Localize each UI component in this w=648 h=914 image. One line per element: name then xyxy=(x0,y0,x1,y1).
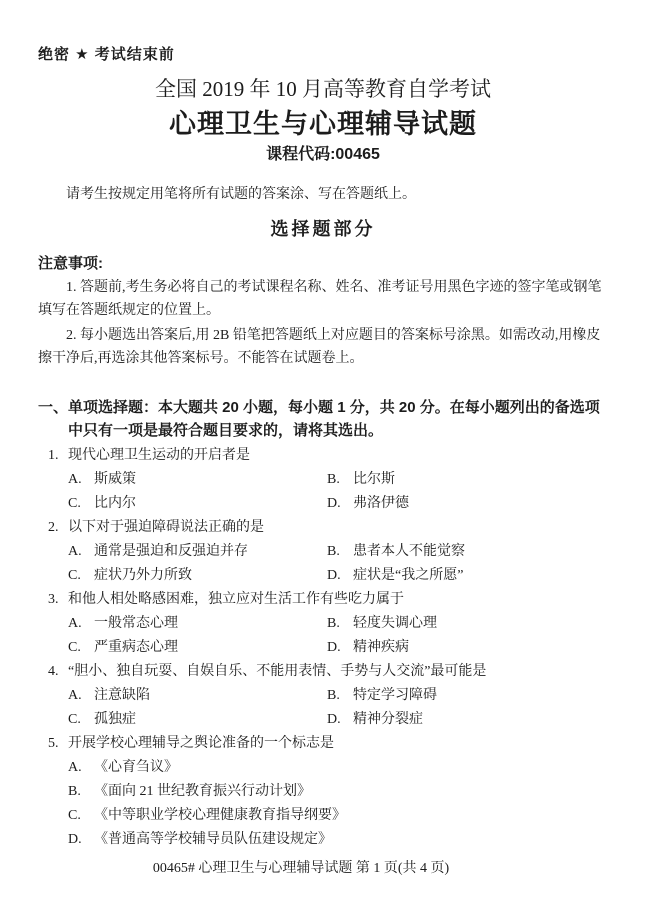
option-label: D. xyxy=(327,708,343,732)
option-a: A.斯威策 xyxy=(68,468,327,492)
option-text: 《面向 21 世纪教育振兴行动计划》 xyxy=(94,784,311,799)
option-text: 特定学习障碍 xyxy=(353,688,437,703)
option-group: A.斯威策 B.比尔斯 C.比内尔 D.弗洛伊德 xyxy=(68,468,608,516)
section-title: 选择题部分 xyxy=(38,216,608,242)
exam-title: 心理卫生与心理辅导试题 xyxy=(38,106,608,142)
question-text: “胆小、独自玩耍、自娱自乐、不能用表情、手势与人交流”最可能是 xyxy=(68,660,486,684)
option-label: C. xyxy=(68,636,84,660)
question-2: 2. 以下对于强迫障碍说法正确的是 A.通常是强迫和反强迫并存 B.患者本人不能… xyxy=(38,516,608,588)
note-item-2: 2. 每小题选出答案后,用 2B 铅笔把答题纸上对应题目的答案标号涂黑。如需改动… xyxy=(38,324,608,370)
part-one-number: 一、 xyxy=(38,396,68,442)
question-1: 1. 现代心理卫生运动的开启者是 A.斯威策 B.比尔斯 C.比内尔 D.弗洛伊… xyxy=(38,444,608,516)
option-label: A. xyxy=(68,468,84,492)
option-text: 孤独症 xyxy=(94,712,136,727)
option-text: 患者本人不能觉察 xyxy=(353,544,465,559)
option-a: A.《心育刍议》 xyxy=(68,756,608,780)
option-group: A.一般常态心理 B.轻度失调心理 C.严重病态心理 D.精神疾病 xyxy=(68,612,608,660)
answer-instruction: 请考生按规定用笔将所有试题的答案涂、写在答题纸上。 xyxy=(38,184,608,206)
option-label: C. xyxy=(68,804,84,828)
option-b: B.比尔斯 xyxy=(327,468,608,492)
question-stem: 5. 开展学校心理辅导之舆论准备的一个标志是 xyxy=(38,732,608,756)
option-text: 《心育刍议》 xyxy=(94,760,178,775)
question-stem: 3. 和他人相处略感困难，独立应对生活工作有些吃力属于 xyxy=(38,588,608,612)
option-label: D. xyxy=(327,492,343,516)
notes-heading: 注意事项: xyxy=(38,254,608,274)
option-label: A. xyxy=(68,612,84,636)
option-c: C.比内尔 xyxy=(68,492,327,516)
option-b: B.患者本人不能觉察 xyxy=(327,540,608,564)
option-a: A.注意缺陷 xyxy=(68,684,327,708)
question-list: 1. 现代心理卫生运动的开启者是 A.斯威策 B.比尔斯 C.比内尔 D.弗洛伊… xyxy=(38,444,608,852)
option-d: D.弗洛伊德 xyxy=(327,492,608,516)
option-d: D.《普通高等学校辅导员队伍建设规定》 xyxy=(68,828,608,852)
note-item-1: 1. 答题前,考生务必将自己的考试课程名称、姓名、准考证号用黑色字迹的签字笔或钢… xyxy=(38,276,608,322)
question-stem: 4. “胆小、独自玩耍、自娱自乐、不能用表情、手势与人交流”最可能是 xyxy=(38,660,608,684)
question-number: 4. xyxy=(48,660,68,684)
option-c: C.孤独症 xyxy=(68,708,327,732)
question-number: 1. xyxy=(48,444,68,468)
option-label: B. xyxy=(327,612,343,636)
option-b: B.特定学习障碍 xyxy=(327,684,608,708)
classification-label: 绝密 ★ 考试结束前 xyxy=(38,46,608,64)
option-d: D.精神分裂症 xyxy=(327,708,608,732)
part-one-text: 单项选择题：本大题共 20 小题，每小题 1 分，共 20 分。在每小题列出的备… xyxy=(68,396,608,442)
option-label: B. xyxy=(68,780,84,804)
option-text: 比内尔 xyxy=(94,496,136,511)
exam-paper: 绝密 ★ 考试结束前 全国 2019 年 10 月高等教育自学考试 心理卫生与心… xyxy=(0,0,648,914)
option-text: 《普通高等学校辅导员队伍建设规定》 xyxy=(94,832,332,847)
question-number: 2. xyxy=(48,516,68,540)
question-text: 开展学校心理辅导之舆论准备的一个标志是 xyxy=(68,732,334,756)
option-group: A.注意缺陷 B.特定学习障碍 C.孤独症 D.精神分裂症 xyxy=(68,684,608,732)
option-text: 轻度失调心理 xyxy=(353,616,437,631)
question-stem: 1. 现代心理卫生运动的开启者是 xyxy=(38,444,608,468)
option-label: B. xyxy=(327,540,343,564)
option-text: 精神疾病 xyxy=(353,640,409,655)
option-text: 通常是强迫和反强迫并存 xyxy=(94,544,248,559)
option-c: C.严重病态心理 xyxy=(68,636,327,660)
option-text: 精神分裂症 xyxy=(353,712,423,727)
option-b: B.轻度失调心理 xyxy=(327,612,608,636)
option-c: C.症状乃外力所致 xyxy=(68,564,327,588)
option-label: A. xyxy=(68,756,84,780)
question-text: 现代心理卫生运动的开启者是 xyxy=(68,444,250,468)
option-label: C. xyxy=(68,492,84,516)
option-label: D. xyxy=(327,564,343,588)
option-d: D.症状是“我之所愿” xyxy=(327,564,608,588)
question-number: 3. xyxy=(48,588,68,612)
option-text: 一般常态心理 xyxy=(94,616,178,631)
question-text: 和他人相处略感困难，独立应对生活工作有些吃力属于 xyxy=(68,588,404,612)
question-4: 4. “胆小、独自玩耍、自娱自乐、不能用表情、手势与人交流”最可能是 A.注意缺… xyxy=(38,660,608,732)
option-c: C.《中等职业学校心理健康教育指导纲要》 xyxy=(68,804,608,828)
option-text: 弗洛伊德 xyxy=(353,496,409,511)
option-label: D. xyxy=(327,636,343,660)
option-label: A. xyxy=(68,684,84,708)
question-5: 5. 开展学校心理辅导之舆论准备的一个标志是 A.《心育刍议》 B.《面向 21… xyxy=(38,732,608,852)
option-text: 注意缺陷 xyxy=(94,688,150,703)
option-a: A.一般常态心理 xyxy=(68,612,327,636)
option-b: B.《面向 21 世纪教育振兴行动计划》 xyxy=(68,780,608,804)
option-text: 严重病态心理 xyxy=(94,640,178,655)
option-label: B. xyxy=(327,468,343,492)
option-group: A.通常是强迫和反强迫并存 B.患者本人不能觉察 C.症状乃外力所致 D.症状是… xyxy=(68,540,608,588)
option-text: 斯威策 xyxy=(94,472,136,487)
option-text: 症状是“我之所愿” xyxy=(353,568,463,583)
option-text: 《中等职业学校心理健康教育指导纲要》 xyxy=(94,808,346,823)
question-3: 3. 和他人相处略感困难，独立应对生活工作有些吃力属于 A.一般常态心理 B.轻… xyxy=(38,588,608,660)
option-label: A. xyxy=(68,540,84,564)
question-text: 以下对于强迫障碍说法正确的是 xyxy=(68,516,264,540)
part-one-heading: 一、 单项选择题：本大题共 20 小题，每小题 1 分，共 20 分。在每小题列… xyxy=(38,396,608,442)
option-d: D.精神疾病 xyxy=(327,636,608,660)
option-group: A.《心育刍议》 B.《面向 21 世纪教育振兴行动计划》 C.《中等职业学校心… xyxy=(68,756,608,852)
question-number: 5. xyxy=(48,732,68,756)
option-text: 症状乃外力所致 xyxy=(94,568,192,583)
option-label: C. xyxy=(68,564,84,588)
course-code: 课程代码:00465 xyxy=(38,144,608,166)
option-label: B. xyxy=(327,684,343,708)
option-a: A.通常是强迫和反强迫并存 xyxy=(68,540,327,564)
option-text: 比尔斯 xyxy=(353,472,395,487)
exam-session-title: 全国 2019 年 10 月高等教育自学考试 xyxy=(38,74,608,104)
question-stem: 2. 以下对于强迫障碍说法正确的是 xyxy=(38,516,608,540)
option-label: D. xyxy=(68,828,84,852)
option-label: C. xyxy=(68,708,84,732)
page-footer: 00465# 心理卫生与心理辅导试题 第 1 页(共 4 页) xyxy=(16,860,586,878)
